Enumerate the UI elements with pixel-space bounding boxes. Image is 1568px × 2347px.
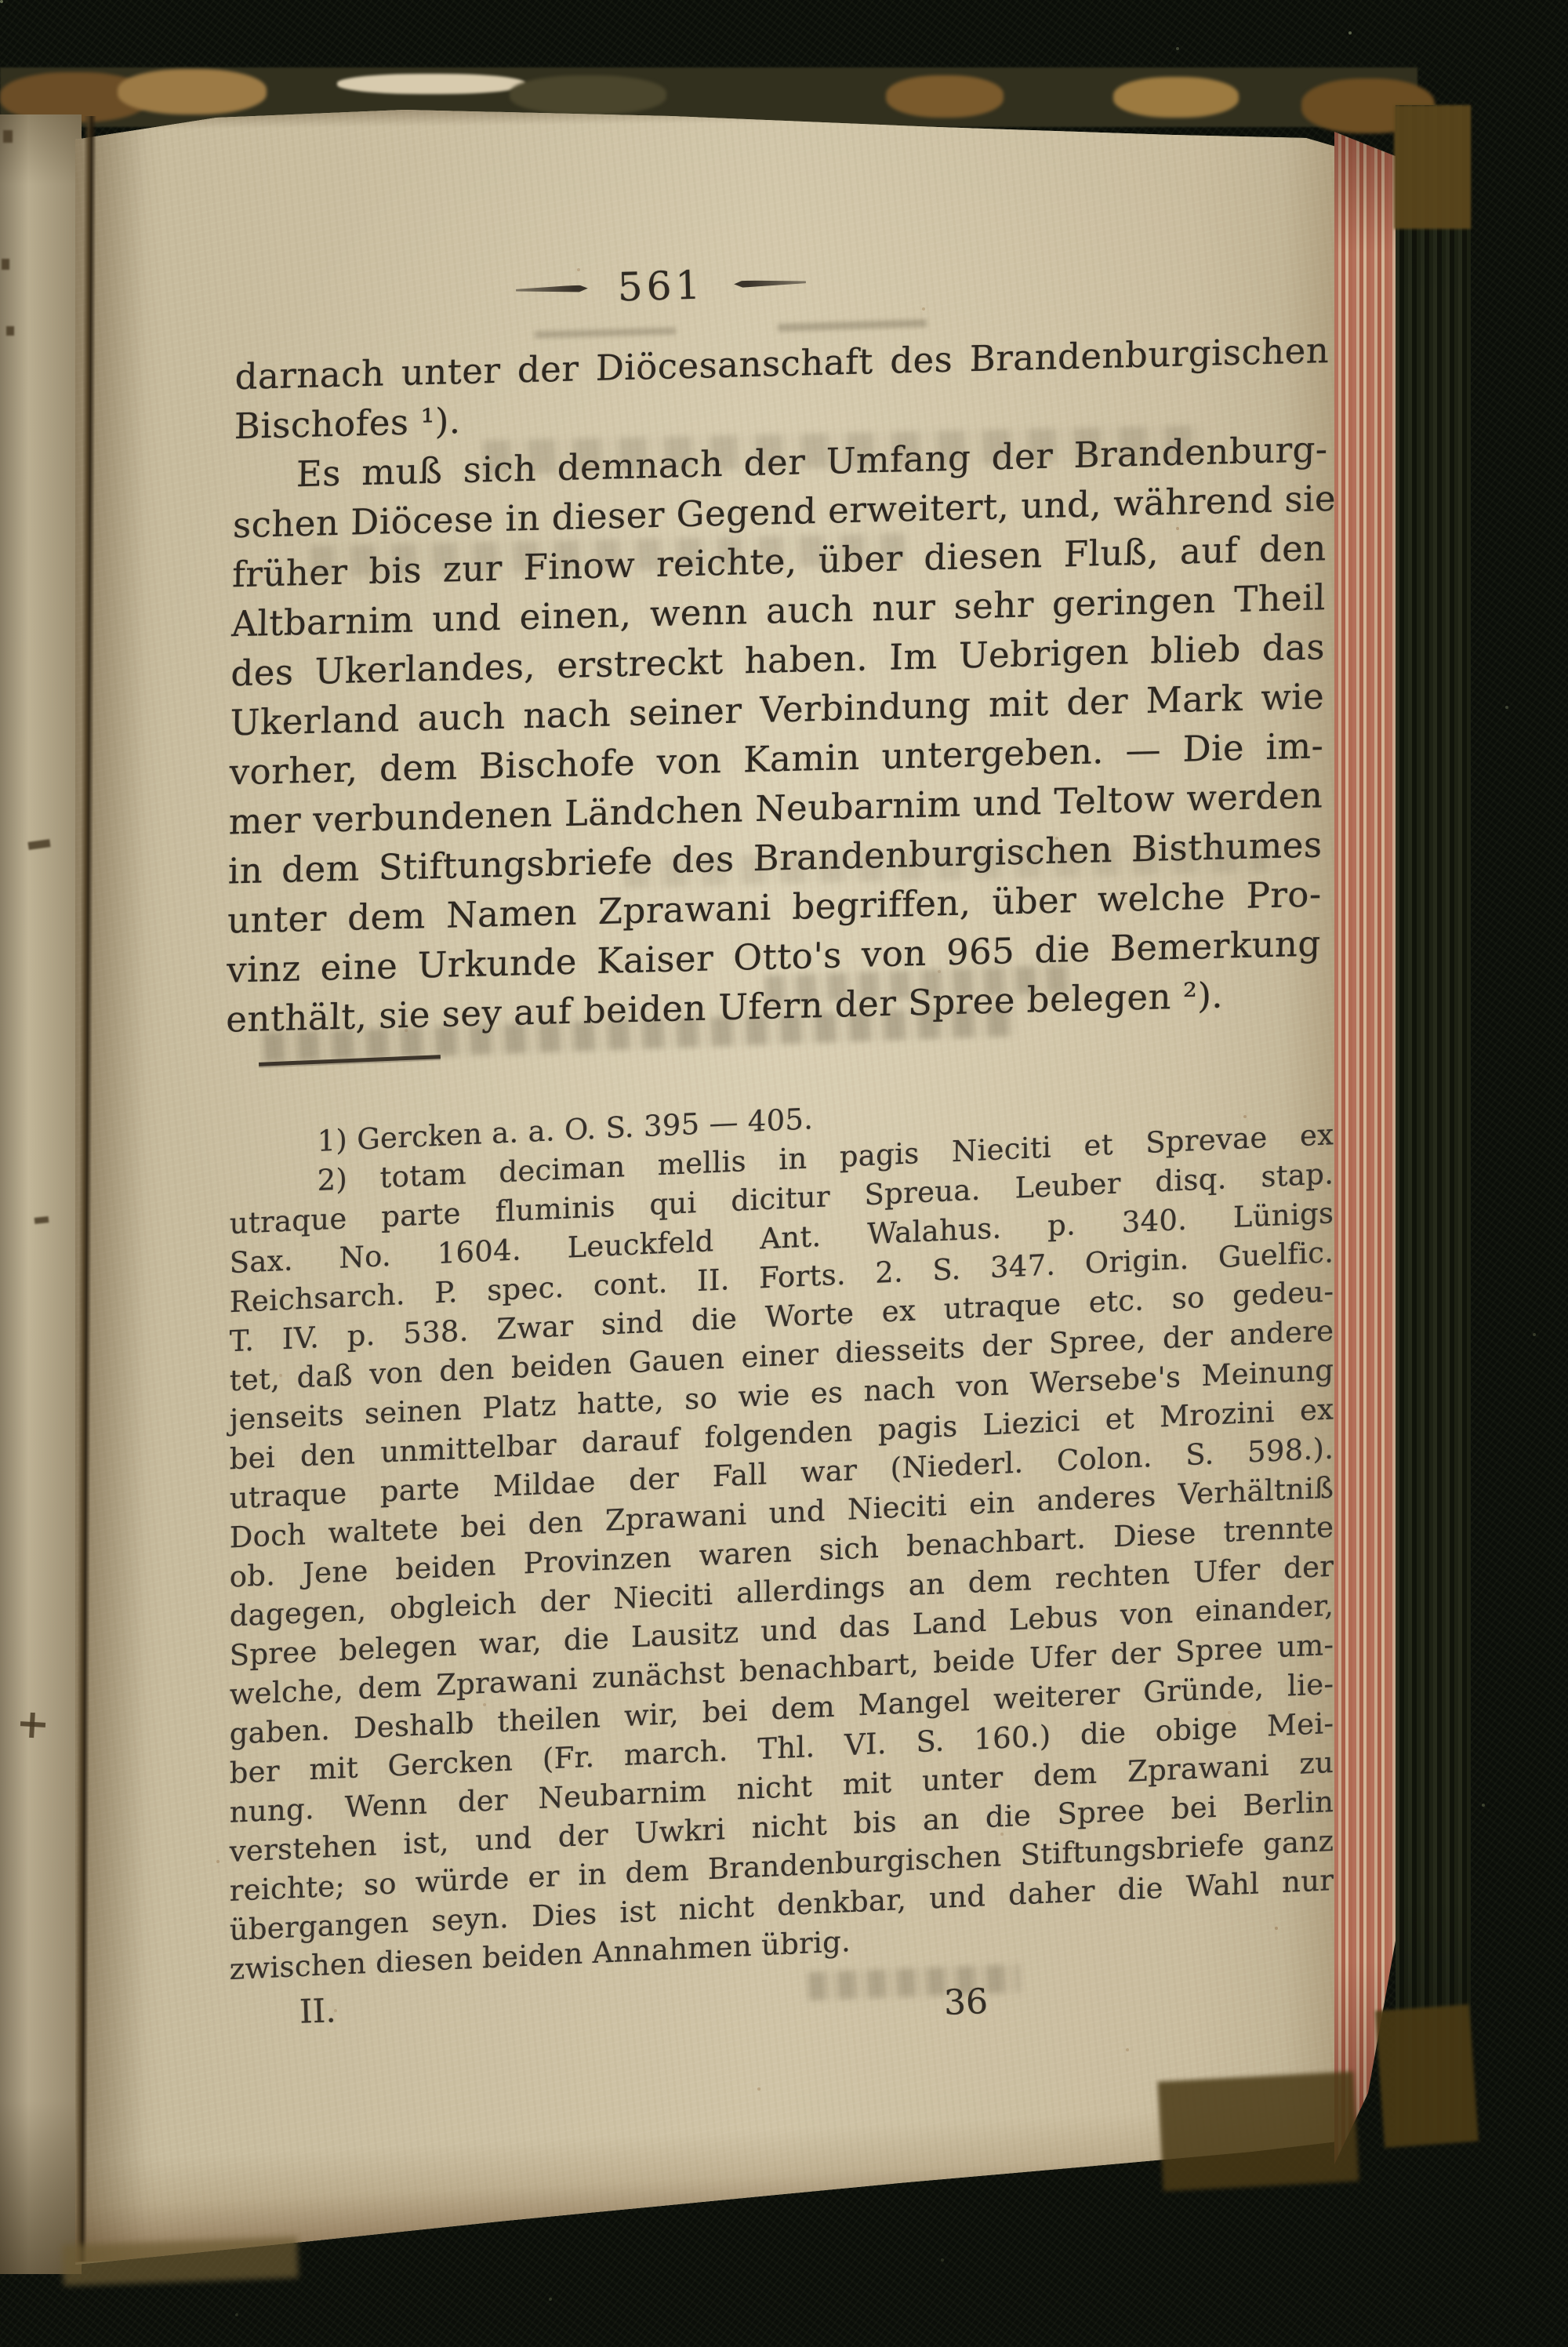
header-rule-left bbox=[516, 285, 588, 294]
margin-speck bbox=[6, 326, 14, 336]
top-edge-stain bbox=[118, 69, 267, 114]
footnotes-block: 1) Gercken a. a. O. S. 395 — 405. 2) tot… bbox=[230, 1076, 1334, 1989]
volume-signature: II. bbox=[299, 1991, 336, 2031]
main-text-block: darnach unter der Diöcesanschaft des Bra… bbox=[226, 325, 1330, 1045]
binding-wear-bottom bbox=[1375, 2004, 1479, 2148]
book-page: 561 darnach unter der Diöcesanschaft des… bbox=[75, 104, 1344, 2268]
adjacent-page-shading bbox=[0, 114, 82, 2274]
page-header: 561 bbox=[495, 254, 826, 318]
bottom-edge-wear bbox=[62, 2237, 299, 2286]
sheet-signature: 36 bbox=[943, 1982, 989, 2023]
header-rule-right bbox=[734, 278, 806, 288]
top-edge-stain bbox=[1113, 77, 1239, 118]
top-edge-highlight bbox=[337, 74, 525, 94]
fore-edge-shading bbox=[1334, 132, 1396, 2164]
margin-speck bbox=[3, 130, 13, 143]
cover-dust-specks bbox=[0, 0, 3, 3]
binding-wear-top bbox=[1394, 105, 1471, 229]
margin-speck bbox=[2, 259, 9, 270]
cover-corner-wear bbox=[1158, 2072, 1359, 2192]
binding-edge bbox=[1396, 105, 1471, 2141]
top-edge-stain bbox=[510, 75, 666, 114]
scanned-book-photo: 561 darnach unter der Diöcesanschaft des… bbox=[0, 0, 1568, 2347]
page-number: 561 bbox=[617, 262, 705, 310]
top-edge-stain bbox=[886, 75, 1004, 118]
